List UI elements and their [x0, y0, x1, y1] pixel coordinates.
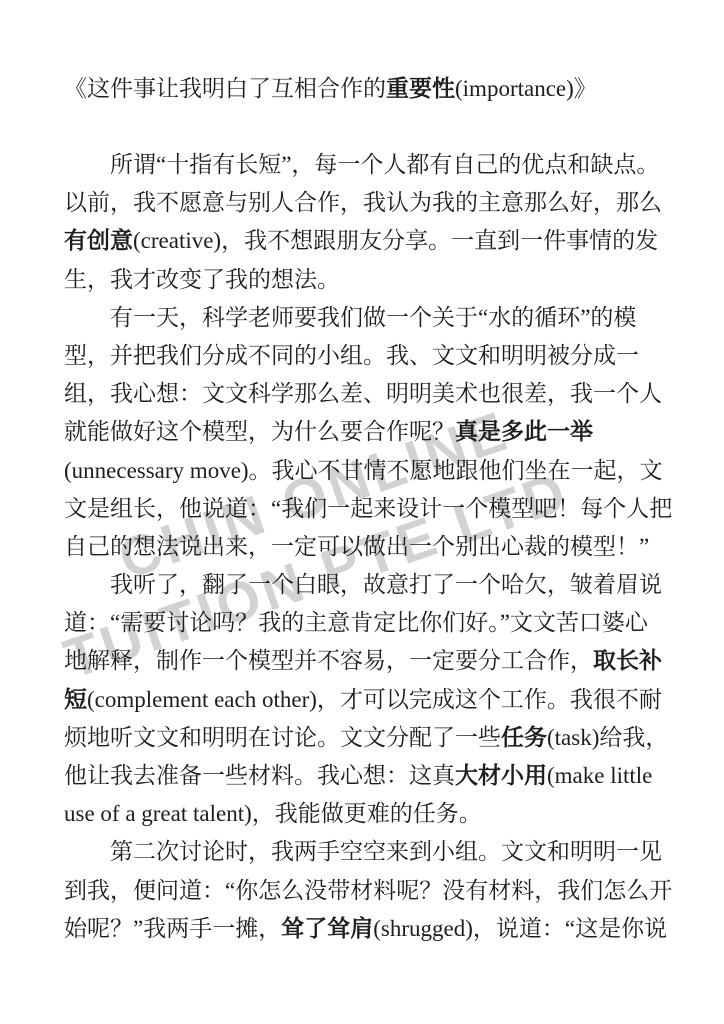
- essay-text: 自己的想法说出来，一定可以做出一个别出心裁的模型！”: [64, 534, 649, 559]
- essay-text: 到我，便问道：“你怎么没带材料呢？没有材料，我们怎么开: [64, 878, 672, 903]
- essay-text: use of a great talent)，我能做更难的任务。: [64, 801, 482, 826]
- essay-line: 始呢？”我两手一摊，耸了耸肩(shrugged)，说道：“这是你说: [64, 910, 724, 948]
- vocab-bold-text: 重要性: [386, 76, 455, 101]
- essay-line: 到我，便问道：“你怎么没带材料呢？没有材料，我们怎么开: [64, 872, 724, 910]
- essay-line: 有一天，科学老师要我们做一个关于“水的循环”的模: [64, 299, 724, 337]
- essay-line: 我听了，翻了一个白眼，故意打了一个哈欠，皱着眉说: [64, 566, 724, 604]
- essay-text: 有一天，科学老师要我们做一个关于“水的循环”的模: [110, 305, 636, 330]
- essay-text: (creative)，我不想跟朋友分享。一直到一件事情的发: [133, 228, 658, 253]
- essay-text: 烦地听文文和明明在讨论。文文分配了一些: [64, 725, 501, 750]
- essay-text: 始呢？”我两手一摊，: [64, 916, 281, 941]
- vocab-bold-text: 取长补: [593, 648, 662, 673]
- essay: 《这件事让我明白了互相合作的重要性(importance)》 所谓“十指有长短”…: [0, 0, 724, 1024]
- essay-line: 所谓“十指有长短”，每一个人都有自己的优点和缺点。: [64, 146, 724, 184]
- essay-line: use of a great talent)，我能做更难的任务。: [64, 795, 724, 833]
- essay-line: 他让我去准备一些材料。我心想：这真大材小用(make little: [64, 757, 724, 795]
- essay-text: 我听了，翻了一个白眼，故意打了一个哈欠，皱着眉说: [110, 572, 662, 597]
- essay-text: 组，我心想：文文科学那么差、明明美术也很差，我一个人: [64, 381, 662, 406]
- vocab-bold-text: 有创意: [64, 228, 133, 253]
- essay-line: (unnecessary move)。我心不甘情不愿地跟他们坐在一起，文: [64, 452, 724, 490]
- essay-line: 短(complement each other)，才可以完成这个工作。我很不耐: [64, 681, 724, 719]
- essay-text: 生，我才改变了我的想法。: [64, 267, 340, 292]
- vocab-bold-text: 短: [64, 687, 87, 712]
- essay-text: (make little: [547, 763, 652, 788]
- essay-text: (importance)》: [455, 76, 597, 101]
- essay-text: 第二次讨论时，我两手空空来到小组。文文和明明一见: [110, 839, 662, 864]
- essay-line: 有创意(creative)，我不想跟朋友分享。一直到一件事情的发: [64, 222, 724, 260]
- essay-text: 道：“需要讨论吗？我的主意肯定比你们好。”文文苦口婆心: [64, 610, 648, 635]
- essay-body: 所谓“十指有长短”，每一个人都有自己的优点和缺点。以前，我不愿意与别人合作，我认…: [0, 146, 724, 948]
- essay-line: 地解释，制作一个模型并不容易，一定要分工合作，取长补: [64, 642, 724, 680]
- essay-text: 《这件事让我明白了互相合作的: [64, 76, 386, 101]
- essay-line: 烦地听文文和明明在讨论。文文分配了一些任务(task)给我，: [64, 719, 724, 757]
- essay-line: 自己的想法说出来，一定可以做出一个别出心裁的模型！”: [64, 528, 724, 566]
- essay-text: (shrugged)，说道：“这是你说: [373, 916, 667, 941]
- essay-text: 所谓“十指有长短”，每一个人都有自己的优点和缺点。: [110, 152, 659, 177]
- essay-text: 地解释，制作一个模型并不容易，一定要分工合作，: [64, 648, 593, 673]
- essay-line: 生，我才改变了我的想法。: [64, 261, 724, 299]
- essay-text: 他让我去准备一些材料。我心想：这真: [64, 763, 455, 788]
- essay-text: (complement each other)，才可以完成这个工作。我很不耐: [87, 687, 662, 712]
- essay-line: 第二次讨论时，我两手空空来到小组。文文和明明一见: [64, 833, 724, 871]
- essay-line: 就能做好这个模型，为什么要合作呢？真是多此一举: [64, 413, 724, 451]
- essay-text: 型，并把我们分成不同的小组。我、文文和明明被分成一: [64, 343, 639, 368]
- essay-text: 就能做好这个模型，为什么要合作呢？: [64, 419, 455, 444]
- essay-line: 组，我心想：文文科学那么差、明明美术也很差，我一个人: [64, 375, 724, 413]
- vocab-bold-text: 任务: [501, 725, 547, 750]
- essay-title: 《这件事让我明白了互相合作的重要性(importance)》: [0, 0, 724, 106]
- essay-line: 型，并把我们分成不同的小组。我、文文和明明被分成一: [64, 337, 724, 375]
- essay-line: 以前，我不愿意与别人合作，我认为我的主意那么好，那么: [64, 184, 724, 222]
- vocab-bold-text: 大材小用: [455, 763, 547, 788]
- essay-line: 道：“需要讨论吗？我的主意肯定比你们好。”文文苦口婆心: [64, 604, 724, 642]
- essay-text: 文是组长，他说道：“我们一起来设计一个模型吧！每个人把: [64, 496, 672, 521]
- essay-line: 文是组长，他说道：“我们一起来设计一个模型吧！每个人把: [64, 490, 724, 528]
- essay-text: (unnecessary move)。我心不甘情不愿地跟他们坐在一起，文: [64, 458, 663, 483]
- document-page: CHIN ONLINE TUITION PTE LTD 《这件事让我明白了互相合…: [0, 0, 724, 1024]
- essay-text: (task)给我，: [547, 725, 668, 750]
- vocab-bold-text: 真是多此一举: [455, 419, 593, 444]
- essay-text: 以前，我不愿意与别人合作，我认为我的主意那么好，那么: [64, 190, 662, 215]
- vocab-bold-text: 耸了耸肩: [281, 916, 373, 941]
